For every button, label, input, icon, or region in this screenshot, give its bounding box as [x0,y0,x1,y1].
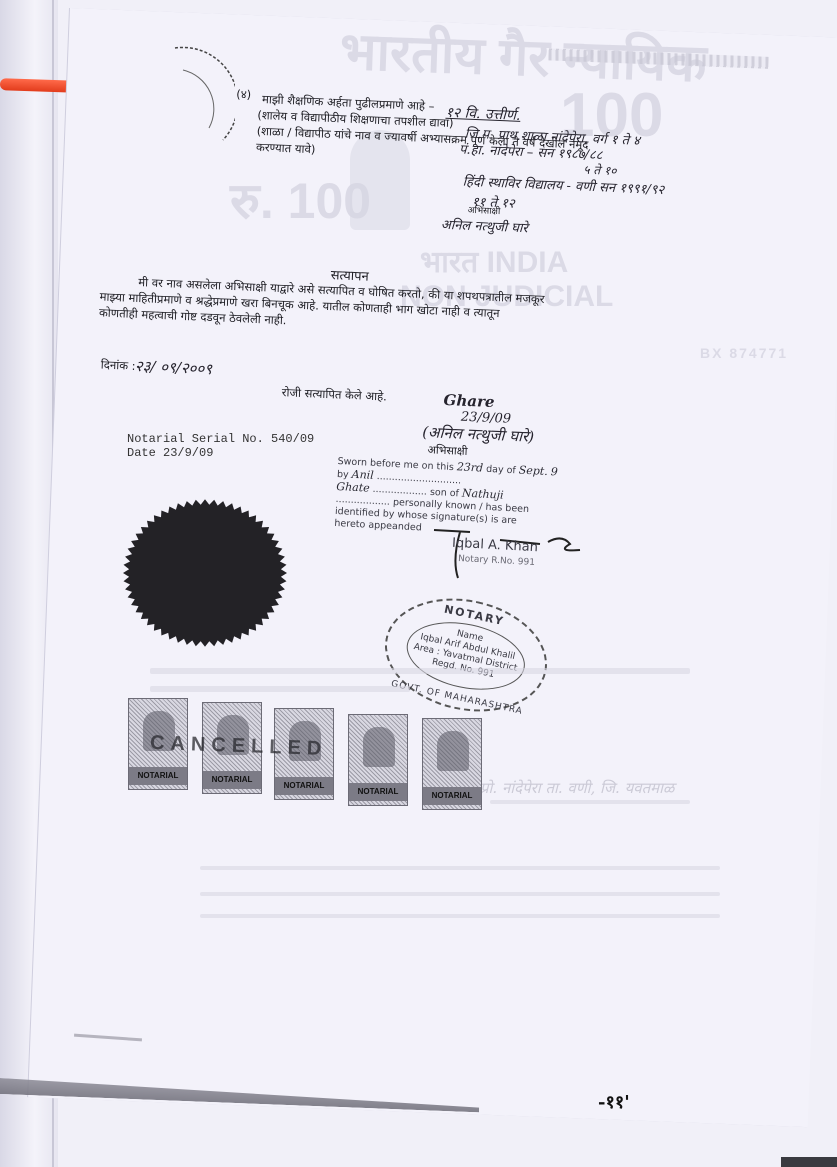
notarial-serial-block: Notarial Serial No. 540/09 Date 23/9/09 [127,432,314,460]
reverse-text-bleed [200,866,720,870]
date-label: दिनांक : [100,357,135,374]
deponent-label: अभिसाक्षी [427,442,468,460]
reverse-text-bleed [200,914,720,918]
national-emblem-icon [350,130,410,230]
sworn-son-of: son of [430,487,460,500]
verified-text: रोजी सत्यापित केले आहे. [281,384,387,404]
reverse-text-bleed [490,800,690,804]
sworn-day-of: day of [486,464,516,477]
embossed-seal-icon [122,498,288,648]
sworn-surname: Ghate [336,480,370,495]
partial-round-stamp-icon [165,40,235,150]
document-content: भारतीय गैर न्यायिक 100 रु. 100 भारत INDI… [0,0,837,1167]
scan-scratch [74,1034,142,1042]
notarial-date: Date 23/9/09 [127,446,314,460]
sworn-year: 9 [550,465,558,478]
stamp-paper-india: भारत INDIA [420,240,568,281]
notarial-ticket: NOTARIAL [348,714,408,806]
corner-handwritten-mark: -११' [598,1090,630,1114]
date-value: २३/ ०९/२००९ [134,356,212,379]
notarial-serial-number: Notarial Serial No. 540/09 [127,432,314,446]
reverse-text-bleed [150,668,690,674]
sworn-by: by [337,469,349,481]
emblem-icon [363,727,395,767]
notarial-ticket: NOTARIAL [422,718,482,810]
emblem-icon [437,731,469,771]
sworn-by-name: Anil [351,468,374,482]
reverse-handwriting-bleed: प्रो. नांदेपेरा ता. वणी, जि. यवतमाळ [480,778,674,798]
notarial-stamps: NOTARIAL NOTARIAL NOTARIAL NOTARIAL NOTA… [128,698,498,828]
sworn-day: 23rd [457,460,484,474]
handwritten-name: अनिल नत्थुजी घारे [441,215,528,237]
handwritten-qualification: १२ वि. उत्तीर्ण. [445,103,521,125]
stamp-paper-serial: BX 874771 [700,345,788,361]
sworn-father-name: Nathuji [462,487,504,502]
education-line-4: करण्यात यावे) [256,139,316,157]
sworn-month: Sept. [518,463,548,478]
reverse-text-bleed [150,686,410,692]
reverse-text-bleed [200,892,720,896]
clause-number: (४) [236,86,252,103]
education-signatory-label: अभिसाक्षी [467,203,500,217]
deponent-signature: Ghare [443,391,495,411]
page-fold-shadow [0,1078,480,1112]
scanner-edge [781,1157,837,1167]
